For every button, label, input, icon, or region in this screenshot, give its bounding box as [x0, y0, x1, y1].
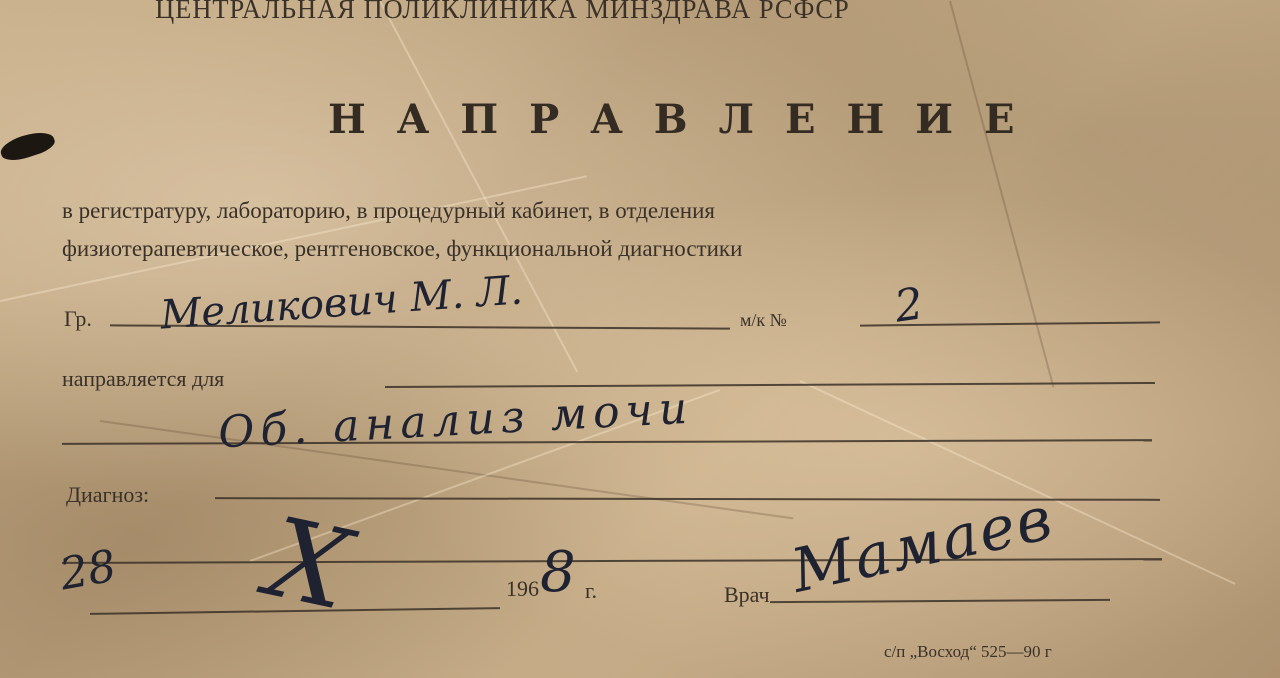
patient-label: Гр.	[64, 306, 92, 332]
card-number-label: м/к №	[740, 310, 787, 331]
date-day-handwritten: 28	[56, 541, 120, 601]
doctor-label: Врач	[724, 582, 770, 608]
subtitle-line-1: в регистратуру, лабораторию, в процедурн…	[62, 198, 715, 224]
year-suffix-handwritten: 8	[540, 540, 576, 605]
purpose-label: направляется для	[62, 366, 224, 392]
year-unit: г.	[585, 578, 597, 604]
document-title: НАПРАВЛЕНИЕ	[328, 96, 1046, 143]
clinic-header: ЦЕНТРАЛЬНАЯ ПОЛИКЛИНИКА МИНЗДРАВА РСФСР	[155, 0, 850, 25]
diagnosis-label: Диагноз:	[66, 482, 149, 508]
subtitle-line-2: физиотерапевтическое, рентгеновское, фун…	[62, 236, 742, 262]
year-prefix: 196	[506, 576, 539, 602]
printer-mark: с/п „Восход“ 525—90 г	[884, 642, 1052, 662]
